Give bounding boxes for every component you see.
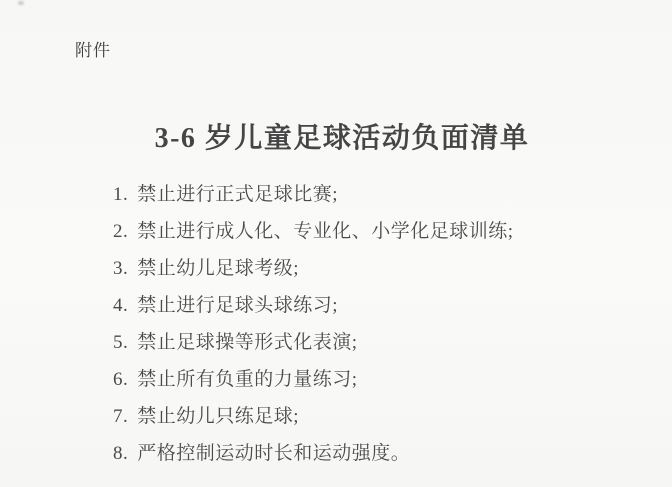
list-item-number: 4. [113,287,128,324]
document-page: 附件 3-6 岁儿童足球活动负面清单 1. 禁止进行正式足球比赛; 2. 禁止进… [0,0,672,487]
list-item: 6. 禁止所有负重的力量练习; [113,361,514,398]
list-item: 7. 禁止幼儿只练足球; [113,398,514,435]
list-item-number: 6. [113,361,128,398]
list-item: 3. 禁止幼儿足球考级; [113,250,514,287]
scan-smudge-mark [18,1,24,5]
list-item-text: 禁止进行正式足球比赛; [137,176,338,213]
negative-list: 1. 禁止进行正式足球比赛; 2. 禁止进行成人化、专业化、小学化足球训练; 3… [113,176,514,472]
list-item-text: 禁止足球操等形式化表演; [137,324,357,361]
list-item-number: 8. [113,435,128,472]
list-item-number: 3. [113,250,128,287]
list-item-number: 7. [113,398,128,435]
document-title: 3-6 岁儿童足球活动负面清单 [0,116,672,156]
list-item-number: 2. [113,213,128,250]
list-item: 8. 严格控制运动时长和运动强度。 [113,435,514,472]
list-item-number: 5. [113,324,128,361]
list-item-number: 1. [113,176,128,213]
list-item-text: 禁止进行成人化、专业化、小学化足球训练; [137,213,513,250]
list-item: 2. 禁止进行成人化、专业化、小学化足球训练; [113,213,514,250]
list-item-text: 禁止幼儿足球考级; [137,250,299,287]
list-item-text: 禁止幼儿只练足球; [137,398,299,435]
list-item: 1. 禁止进行正式足球比赛; [113,176,514,213]
list-item-text: 严格控制运动时长和运动强度。 [137,435,410,472]
attachment-label: 附件 [75,36,111,61]
list-item: 5. 禁止足球操等形式化表演; [113,324,514,361]
list-item-text: 禁止所有负重的力量练习; [137,361,357,398]
list-item-text: 禁止进行足球头球练习; [137,287,338,324]
list-item: 4. 禁止进行足球头球练习; [113,287,514,324]
